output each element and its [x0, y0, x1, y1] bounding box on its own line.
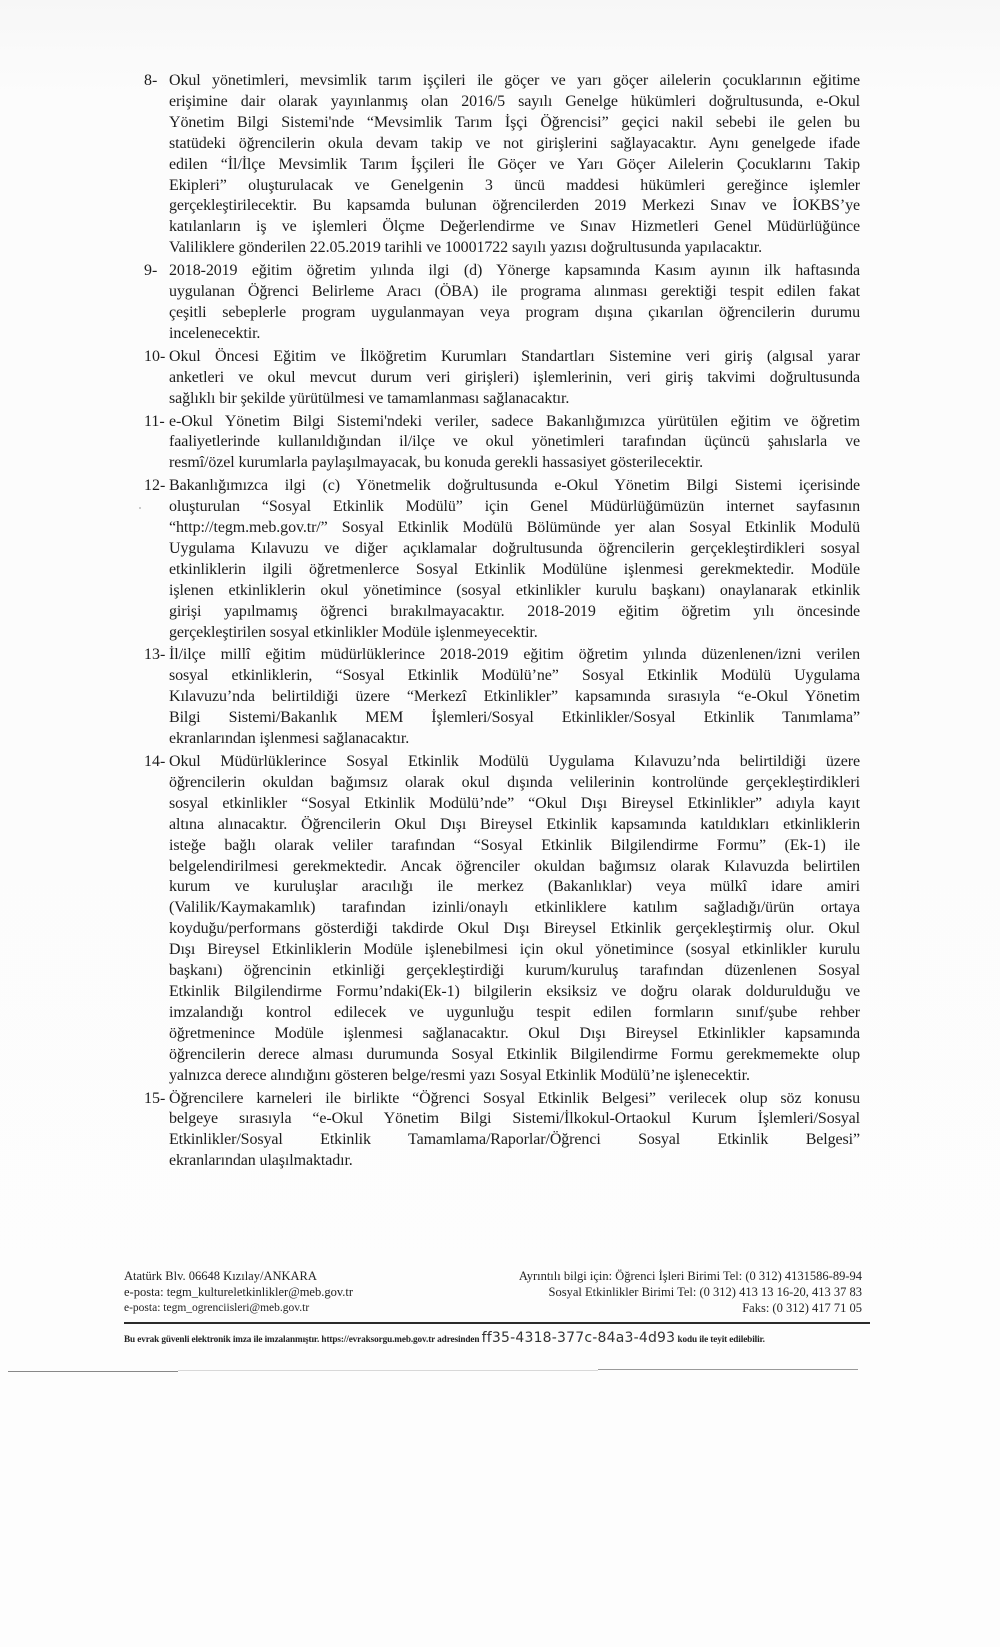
paragraph-line: Valiliklere gönderilen 22.05.2019 tarihl… [169, 238, 860, 259]
paragraph-line: (Valilik/Kaymakamlık) tarafından izinli/… [169, 898, 860, 919]
paragraph-line: yalnızca derece alındığını gösteren belg… [169, 1066, 860, 1087]
item-paragraph: Okul yönetimleri, mevsimlik tarım işçile… [169, 71, 860, 259]
item-number: 9- [144, 261, 169, 282]
item-paragraph: Öğrencilere karneleri ile birlikte “Öğre… [169, 1089, 860, 1173]
e-signature-prefix: Bu evrak güvenli elektronik imza ile imz… [124, 1334, 479, 1344]
footer-divider [124, 1322, 870, 1324]
paragraph-line: Etkinlik Bilgilendirme Formu’ndaki(Ek-1)… [169, 982, 860, 1003]
item-number: 10- [144, 347, 169, 368]
paragraph-line: öğrencilerin derece alması durumunda Sos… [169, 1045, 860, 1066]
paragraph-line: kurum ve kuruluşlar aracılığı ile merkez… [169, 877, 860, 898]
list-item: 11-e-Okul Yönetim Bilgi Sistemi'ndeki ve… [144, 412, 860, 475]
item-number: 14- [144, 752, 169, 773]
scan-edge-line [8, 1369, 878, 1371]
paragraph-line: statüdeki öğrencilerin okula devam takip… [169, 134, 860, 155]
paragraph-line: Yönetim Bilgi Sistemi'nde “Mevsimlik Tar… [169, 113, 860, 134]
footer-contact-phones: Ayrıntılı bilgi için: Öğrenci İşleri Bir… [519, 1268, 870, 1316]
paragraph-line: koyduğu/performans gösterdiği takdirde O… [169, 919, 860, 940]
item-paragraph: Bakanlığımızca ilgi (c) Yönetmelik doğru… [169, 476, 860, 643]
list-item: 15-Öğrencilere karneleri ile birlikte “Ö… [144, 1089, 860, 1173]
paragraph-line: belgeye sırasıyla “e-Okul Yönetim Bilgi … [169, 1109, 860, 1130]
paragraph-line: Bilgi Sistemi/Bakanlık MEM İşlemleri/Sos… [169, 708, 860, 729]
list-item: 12-Bakanlığımızca ilgi (c) Yönetmelik do… [144, 476, 860, 643]
paragraph-line: incelenecektir. [169, 324, 860, 345]
list-item: 14-Okul Müdürlüklerince Sosyal Etkinlik … [144, 752, 860, 1087]
footer-info-social-activities: Sosyal Etkinlikler Birimi Tel: (0 312) 4… [519, 1284, 862, 1300]
paragraph-line: etkinliklerin ilgili öğretmenlerce Sosya… [169, 560, 860, 581]
paragraph-line: öğrencilerin okuldan bağımsız olarak oku… [169, 773, 860, 794]
paragraph-line: ekranlarından ulaşılmaktadır. [169, 1151, 860, 1172]
footer-address: Atatürk Blv. 06648 Kızılay/ANKARA [124, 1268, 424, 1284]
paragraph-line: imzalandığı kontrol edilecek ve uygunluğ… [169, 1003, 860, 1024]
paragraph-line: erişimine dair olarak yayınlanmış olan 2… [169, 92, 860, 113]
paragraph-line: sosyal etkinlikler “Sosyal Etkinlik Modü… [169, 794, 860, 815]
letterhead-footer: Atatürk Blv. 06648 Kızılay/ANKARA e-post… [124, 1268, 870, 1347]
paragraph-line: Okul Müdürlüklerince Sosyal Etkinlik Mod… [169, 752, 860, 773]
paragraph-line: işlenen etkinliklerin okul yönetimince (… [169, 581, 860, 602]
paragraph-line: öğretmenince Modüle işlenmesi sağlanacak… [169, 1024, 860, 1045]
paragraph-line: uygulanan Öğrenci Belirleme Aracı (ÖBA) … [169, 282, 860, 303]
verification-code: ff35-4318-377c-84a3-4d93 [482, 1330, 676, 1346]
paragraph-line: altına alınacaktır. Öğrencilerin Okul Dı… [169, 815, 860, 836]
item-paragraph: İl/ilçe millî eğitim müdürlüklerince 201… [169, 645, 860, 750]
footer-info-student-affairs: Ayrıntılı bilgi için: Öğrenci İşleri Bir… [519, 1268, 862, 1284]
footer-email-culture: e-posta: tegm_kultureletkinlikler@meb.go… [124, 1284, 424, 1300]
item-paragraph: e-Okul Yönetim Bilgi Sistemi'ndeki veril… [169, 412, 860, 475]
footer-contact-address: Atatürk Blv. 06648 Kızılay/ANKARA e-post… [124, 1268, 424, 1316]
paragraph-line: edilen “İl/İlçe Mevsimlik Tarım İşçileri… [169, 155, 860, 176]
paragraph-line: oluşturulan “Sosyal Etkinlik Modülü” içi… [169, 497, 860, 518]
paragraph-line: girişi yapılmamış öğrenci bırakılmayacak… [169, 602, 860, 623]
paragraph-line: gerçekleştirilen sosyal etkinlikler Modü… [169, 623, 860, 644]
paragraph-line: Öğrencilere karneleri ile birlikte “Öğre… [169, 1089, 860, 1110]
paragraph-line: Ekipleri” oluşturulacak ve Genelgenin 3 … [169, 176, 860, 197]
paragraph-line: Okul Öncesi Eğitim ve İlköğretim Kurumla… [169, 347, 860, 368]
footer-fax: Faks: (0 312) 417 71 05 [519, 1300, 862, 1316]
paragraph-line: belgelendirilmesi gerekmektedir. Ancak ö… [169, 857, 860, 878]
document-page: 8-Okul yönetimleri, mevsimlik tarım işçi… [0, 0, 1000, 1647]
paragraph-line: ekranlarından işlenmesi sağlanacaktır. [169, 729, 860, 750]
paragraph-line: gerçekleştirilecektir. Bu kapsamda bulun… [169, 196, 860, 217]
item-paragraph: 2018-2019 eğitim öğretim yılında ilgi (d… [169, 261, 860, 345]
item-number: 15- [144, 1089, 169, 1110]
list-item: 13-İl/ilçe millî eğitim müdürlüklerince … [144, 645, 860, 750]
list-item: 8-Okul yönetimleri, mevsimlik tarım işçi… [144, 71, 860, 259]
item-paragraph: Okul Müdürlüklerince Sosyal Etkinlik Mod… [169, 752, 860, 1087]
paragraph-line: sosyal etkinliklerin, “Sosyal Etkinlik M… [169, 666, 860, 687]
list-item: 10-Okul Öncesi Eğitim ve İlköğretim Kuru… [144, 347, 860, 410]
e-signature-suffix: kodu ile teyit edilebilir. [677, 1334, 764, 1344]
item-number: 8- [144, 71, 169, 92]
paragraph-line: Kılavuzu’nda belirtildiği üzere “Merkezî… [169, 687, 860, 708]
paragraph-line: Uygulama Kılavuzu ve diğer açıklamalar d… [169, 539, 860, 560]
paragraph-line: Etkinlikler/Sosyal Etkinlik Tamamlama/Ra… [169, 1130, 860, 1151]
list-item: 9-2018-2019 eğitim öğretim yılında ilgi … [144, 261, 860, 345]
paragraph-line: başkanı) öğrencinin etkinliği gerçekleşt… [169, 961, 860, 982]
paragraph-line: sağlıklı bir şekilde yürütülmesi ve tama… [169, 389, 860, 410]
scan-artifact-dot [139, 507, 141, 509]
paragraph-line: e-Okul Yönetim Bilgi Sistemi'ndeki veril… [169, 412, 860, 433]
paragraph-line: Okul yönetimleri, mevsimlik tarım işçile… [169, 71, 860, 92]
paragraph-line: çeşitli sebeplerle program uygulanmayan … [169, 303, 860, 324]
paragraph-line: isteğe bağlı olarak veliler tarafından “… [169, 836, 860, 857]
paragraph-line: resmî/özel kurumlarla paylaşılmayacak, b… [169, 453, 860, 474]
paragraph-line: katılanların iş ve işlemleri Ölçme Değer… [169, 217, 860, 238]
paragraph-line: İl/ilçe millî eğitim müdürlüklerince 201… [169, 645, 860, 666]
paragraph-line: anketleri ve okul mevcut durum veri giri… [169, 368, 860, 389]
paragraph-line: “http://tegm.meb.gov.tr/” Sosyal Etkinli… [169, 518, 860, 539]
paragraph-line: 2018-2019 eğitim öğretim yılında ilgi (d… [169, 261, 860, 282]
item-number: 11- [144, 412, 169, 433]
item-number: 12- [144, 476, 169, 497]
paragraph-line: Dışı Bireysel Etkinliklerin Modüle işlen… [169, 940, 860, 961]
item-number: 13- [144, 645, 169, 666]
item-paragraph: Okul Öncesi Eğitim ve İlköğretim Kurumla… [169, 347, 860, 410]
paragraph-line: faaliyetlerinde kullanıldığından il/ilçe… [169, 432, 860, 453]
numbered-item-list: 8-Okul yönetimleri, mevsimlik tarım işçi… [144, 71, 860, 1174]
footer-email-students: e-posta: tegm_ogrenciisleri@meb.gov.tr [124, 1300, 424, 1316]
paragraph-line: Bakanlığımızca ilgi (c) Yönetmelik doğru… [169, 476, 860, 497]
e-signature-notice: Bu evrak güvenli elektronik imza ile imz… [124, 1330, 870, 1347]
